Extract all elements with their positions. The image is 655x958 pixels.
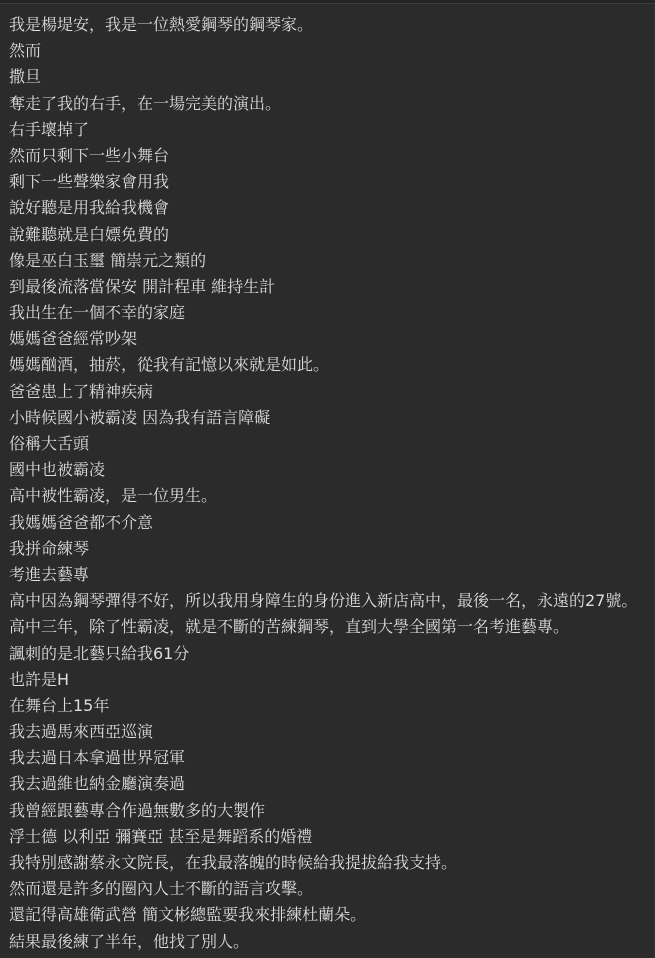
text-line: 我媽媽爸爸都不介意 (9, 510, 655, 536)
text-line: 撒旦 (9, 64, 655, 90)
text-line: 像是巫白玉璽 簡崇元之類的 (9, 248, 655, 274)
text-line: 高中被性霸凌，是一位男生。 (9, 483, 655, 509)
text-line: 高中三年，除了性霸凌，就是不斷的苦練鋼琴，直到大學全國第一名考進藝專。 (9, 614, 655, 640)
text-line: 我去過維也納金廳演奏過 (9, 771, 655, 797)
text-line: 我曾經跟藝專合作過無數多的大製作 (9, 798, 655, 824)
text-panel: 我是楊堤安，我是一位熱愛鋼琴的鋼琴家。 然而 撒旦 奪走了我的右手，在一場完美的… (9, 12, 655, 955)
text-line: 媽媽酗酒，抽菸，從我有記憶以來就是如此。 (9, 352, 655, 378)
text-line: 還記得高雄衛武營 簡文彬總監要我來排練杜蘭朵。 (9, 902, 655, 928)
text-line: 媽媽爸爸經常吵架 (9, 326, 655, 352)
text-line: 也許是H (9, 667, 655, 693)
top-divider (0, 3, 655, 4)
text-line: 然而 (9, 38, 655, 64)
text-line: 我是楊堤安，我是一位熱愛鋼琴的鋼琴家。 (9, 12, 655, 38)
text-line: 在舞台上15年 (9, 693, 655, 719)
text-line: 考進去藝專 (9, 562, 655, 588)
text-line: 說難聽就是白嫖免費的 (9, 222, 655, 248)
text-line: 到最後流落當保安 開計程車 維持生計 (9, 274, 655, 300)
text-line: 我去過馬來西亞巡演 (9, 719, 655, 745)
text-line: 國中也被霸凌 (9, 457, 655, 483)
text-line: 然而只剩下一些小舞台 (9, 143, 655, 169)
text-line: 爸爸患上了精神疾病 (9, 379, 655, 405)
text-line: 結果最後練了半年，他找了別人。 (9, 929, 655, 955)
text-line: 我拼命練琴 (9, 536, 655, 562)
text-line: 剩下一些聲樂家會用我 (9, 169, 655, 195)
text-line: 然而還是許多的圈內人士不斷的語言攻擊。 (9, 876, 655, 902)
text-line: 右手壞掉了 (9, 117, 655, 143)
text-line: 奪走了我的右手，在一場完美的演出。 (9, 91, 655, 117)
text-line: 高中因為鋼琴彈得不好，所以我用身障生的身份進入新店高中，最後一名，永遠的27號。 (9, 588, 655, 614)
text-line: 說好聽是用我給我機會 (9, 195, 655, 221)
text-line: 諷刺的是北藝只給我61分 (9, 641, 655, 667)
text-line: 我出生在一個不幸的家庭 (9, 300, 655, 326)
text-line: 俗稱大舌頭 (9, 431, 655, 457)
text-line: 浮士德 以利亞 彌賽亞 甚至是舞蹈系的婚禮 (9, 824, 655, 850)
text-line: 我特別感謝蔡永文院長，在我最落魄的時候給我提拔給我支持。 (9, 850, 655, 876)
text-line: 我去過日本拿過世界冠軍 (9, 745, 655, 771)
text-line: 小時候國小被霸凌 因為我有語言障礙 (9, 405, 655, 431)
